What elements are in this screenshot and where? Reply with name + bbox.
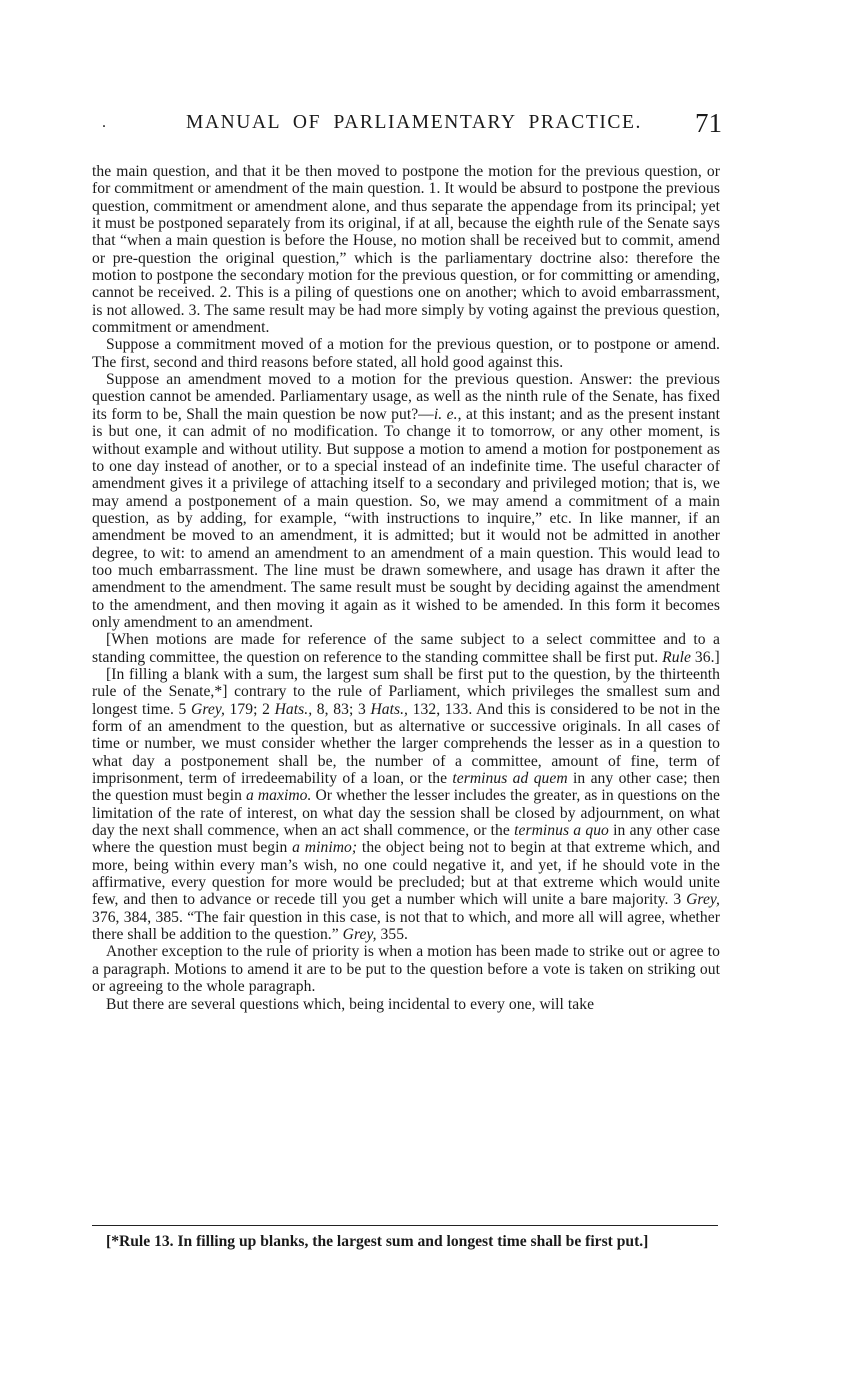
italic-citation: Hats., [275,701,313,718]
italic-citation: Grey, [686,891,720,908]
italic-citation: i. e. [434,406,458,423]
running-head: . MANUAL OF PARLIAMENTARY PRACTICE. 71 [92,110,720,138]
running-title: MANUAL OF PARLIAMENTARY PRACTICE. [186,112,642,134]
paragraph: Suppose a commitment moved of a motion f… [92,336,720,371]
paragraph: Another exception to the rule of priorit… [92,943,720,995]
paragraph: [When motions are made for reference of … [92,631,720,666]
italic-citation: terminus ad quem [452,770,567,787]
paragraph: [In filling a blank with a sum, the larg… [92,666,720,944]
paragraph: But there are several questions which, b… [92,996,720,1013]
page-number: 71 [695,108,722,139]
body-text: the main question, and that it be then m… [92,163,720,1013]
header-mark: . [102,114,106,132]
paragraph: the main question, and that it be then m… [92,163,720,336]
text-run: 8, 83; 3 [312,701,370,718]
text-run: 355. [377,926,408,943]
text-run: 36.] [691,649,720,666]
text-run: the main question, and that it be then m… [92,163,720,336]
italic-citation: a minimo; [292,839,357,856]
italic-citation: Grey, [343,926,377,943]
italic-citation: terminus a quo [514,822,609,839]
paragraph: Suppose an amendment moved to a motion f… [92,371,720,631]
footnote-separator [92,1225,718,1226]
text-run: 179; 2 [225,701,275,718]
italic-citation: Rule [662,649,691,666]
text-run: But there are several questions which, b… [106,996,594,1013]
italic-citation: a maximo. [246,787,312,804]
document-page: . MANUAL OF PARLIAMENTARY PRACTICE. 71 t… [0,0,859,1380]
text-run: Suppose a commitment moved of a motion f… [92,336,720,370]
italic-citation: Grey, [191,701,225,718]
italic-citation: Hats., [370,701,408,718]
text-run: , at this instant; and as the present in… [92,406,720,631]
text-run: [When motions are made for reference of … [92,631,720,665]
footnote: [*Rule 13. In filling up blanks, the lar… [92,1231,720,1252]
footnote-text: [*Rule 13. In filling up blanks, the lar… [92,1231,720,1252]
text-run: Another exception to the rule of priorit… [92,943,720,995]
